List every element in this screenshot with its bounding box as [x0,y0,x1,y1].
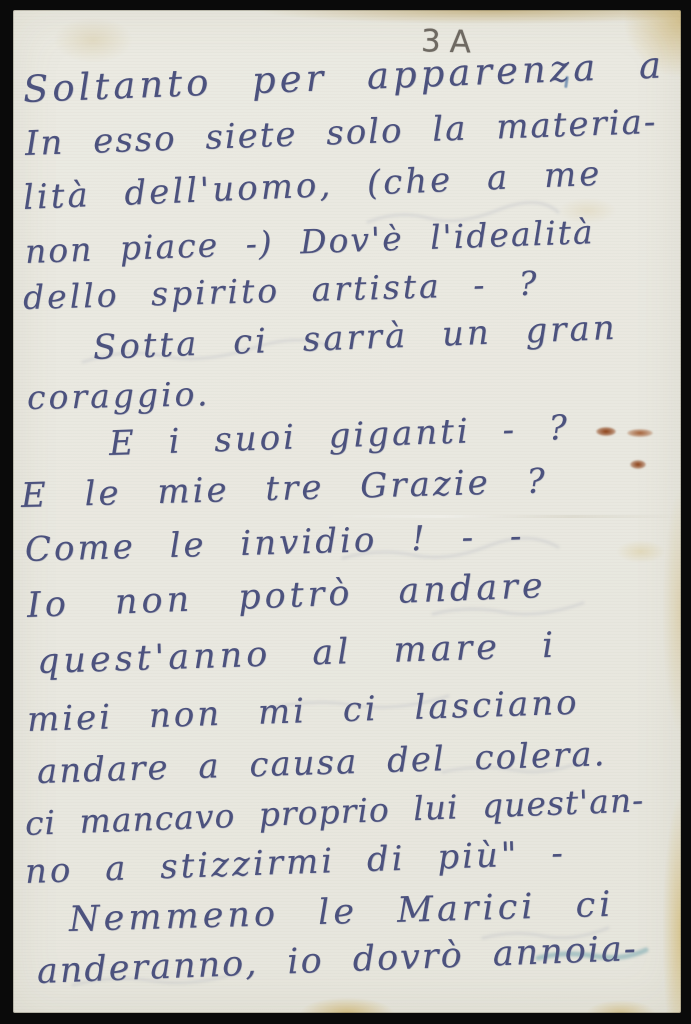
handwritten-line: no a stizzirmi di più" - [24,833,566,892]
handwritten-line: E le mie tre Grazie ? [20,461,548,516]
handwritten-line: E i suoi giganti - ? [108,408,570,464]
handwritten-line: dello spirito artista - ? [22,264,540,317]
handwritten-line: Come le invidio ! - - [24,516,524,570]
rust-stain [596,427,616,436]
handwritten-line: Sotta ci sarrà un gran [92,308,618,368]
handwritten-line: Soltanto per apparenza a — [22,40,691,111]
handwritten-line: coraggio. [27,374,211,417]
letter-page: 3A Soltanto per apparenza a — In esso si… [13,10,681,1013]
handwritten-line: Io non potrò andare [26,566,547,626]
handwritten-line: miei non mi ci lasciano [26,683,580,740]
paper-crease [313,515,681,518]
scan-background: 3A Soltanto per apparenza a — In esso si… [0,0,691,1024]
rust-stain [627,429,653,437]
handwritten-line: non piace -) Dov'è l'idealità [24,212,595,271]
handwritten-line: Nemmeno le Marici ci [68,885,614,940]
handwritten-line: andare a causa del colera. [36,734,607,792]
handwritten-line: lità dell'uomo, (che a me [22,154,603,218]
handwritten-line: quest'anno al mare i [36,626,557,682]
rust-stain [630,460,646,469]
